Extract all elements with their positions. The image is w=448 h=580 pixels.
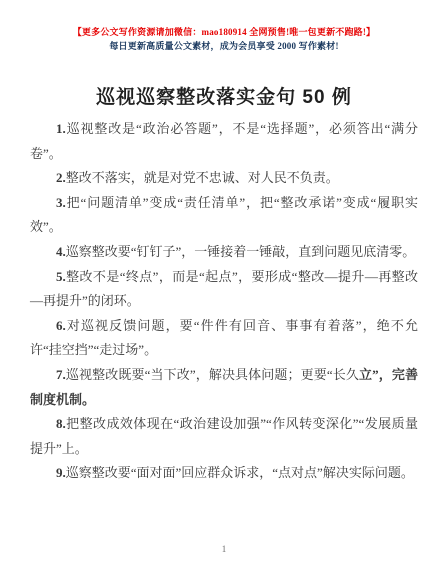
item-text: 巡视整改既要“当下改”，解决具体问题；更要“长久 (66, 367, 359, 382)
item-number: 6. (56, 318, 66, 333)
list-item: 1.巡视整改是“政治必答题”，不是“选择题”，必须答出“满分卷”。 (30, 117, 418, 166)
item-text: 对巡视反馈问题，要“件件有回音、事事有着落”，绝不允许“挂空挡”“走过场”。 (30, 318, 418, 358)
promo-notice: 【更多公文写作资源请加微信：mao180914 全网预售!唯一包更新不跑路!】 … (0, 0, 448, 53)
item-number: 5. (56, 269, 66, 284)
item-number: 9. (56, 465, 66, 480)
item-text: 巡察整改要“面对面”回应群众诉求，“点对点”解决实际问题。 (66, 465, 414, 480)
item-number: 2. (56, 170, 66, 185)
list-item: 5.整改不是“终点”，而是“起点”，要形成“整改—提升—再整改—再提升”的闭环。 (30, 265, 418, 314)
item-number: 3. (56, 195, 66, 210)
document-page: 【更多公文写作资源请加微信：mao180914 全网预售!唯一包更新不跑路!】 … (0, 0, 448, 580)
item-number: 1. (56, 121, 66, 136)
item-number: 7. (56, 367, 66, 382)
list-item: 6.对巡视反馈问题，要“件件有回音、事事有着落”，绝不允许“挂空挡”“走过场”。 (30, 314, 418, 363)
item-list: 1.巡视整改是“政治必答题”，不是“选择题”，必须答出“满分卷”。2.整改不落实… (0, 117, 448, 486)
list-item: 3.把“问题清单”变成“责任清单”，把“整改承诺”变成“履职实效”。 (30, 191, 418, 240)
item-text: 整改不落实，就是对党不忠诚、对人民不负责。 (66, 170, 339, 185)
item-text: 整改不是“终点”，而是“起点”，要形成“整改—提升—再整改—再提升”的闭环。 (30, 269, 418, 309)
list-item: 7.巡视整改既要“当下改”，解决具体问题；更要“长久立”，完善制度机制。 (30, 363, 418, 412)
item-text: 把整改成效体现在“政治建设加强”“作风转变深化”“发展质量提升”上。 (30, 416, 418, 456)
list-item: 8.把整改成效体现在“政治建设加强”“作风转变深化”“发展质量提升”上。 (30, 412, 418, 461)
item-text: 巡视整改是“政治必答题”，不是“选择题”，必须答出“满分卷”。 (30, 121, 418, 161)
list-item: 2.整改不落实，就是对党不忠诚、对人民不负责。 (30, 166, 418, 191)
list-item: 4.巡察整改要“钉钉子”，一锤接着一锤敲，直到问题见底清零。 (30, 240, 418, 265)
list-item: 9.巡察整改要“面对面”回应群众诉求，“点对点”解决实际问题。 (30, 461, 418, 486)
item-text: 巡察整改要“钉钉子”，一锤接着一锤敲，直到问题见底清零。 (66, 244, 416, 259)
promo-notice-line2: 每日更新高质量公文素材，成为会员享受 2000 写作素材! (0, 40, 448, 54)
item-number: 8. (56, 416, 66, 431)
item-number: 4. (56, 244, 66, 259)
page-title: 巡视巡察整改落实金句 50 例 (0, 82, 448, 109)
page-number: 1 (0, 544, 448, 554)
item-text: 把“问题清单”变成“责任清单”，把“整改承诺”变成“履职实效”。 (30, 195, 418, 235)
promo-notice-line1: 【更多公文写作资源请加微信：mao180914 全网预售!唯一包更新不跑路!】 (0, 26, 448, 40)
